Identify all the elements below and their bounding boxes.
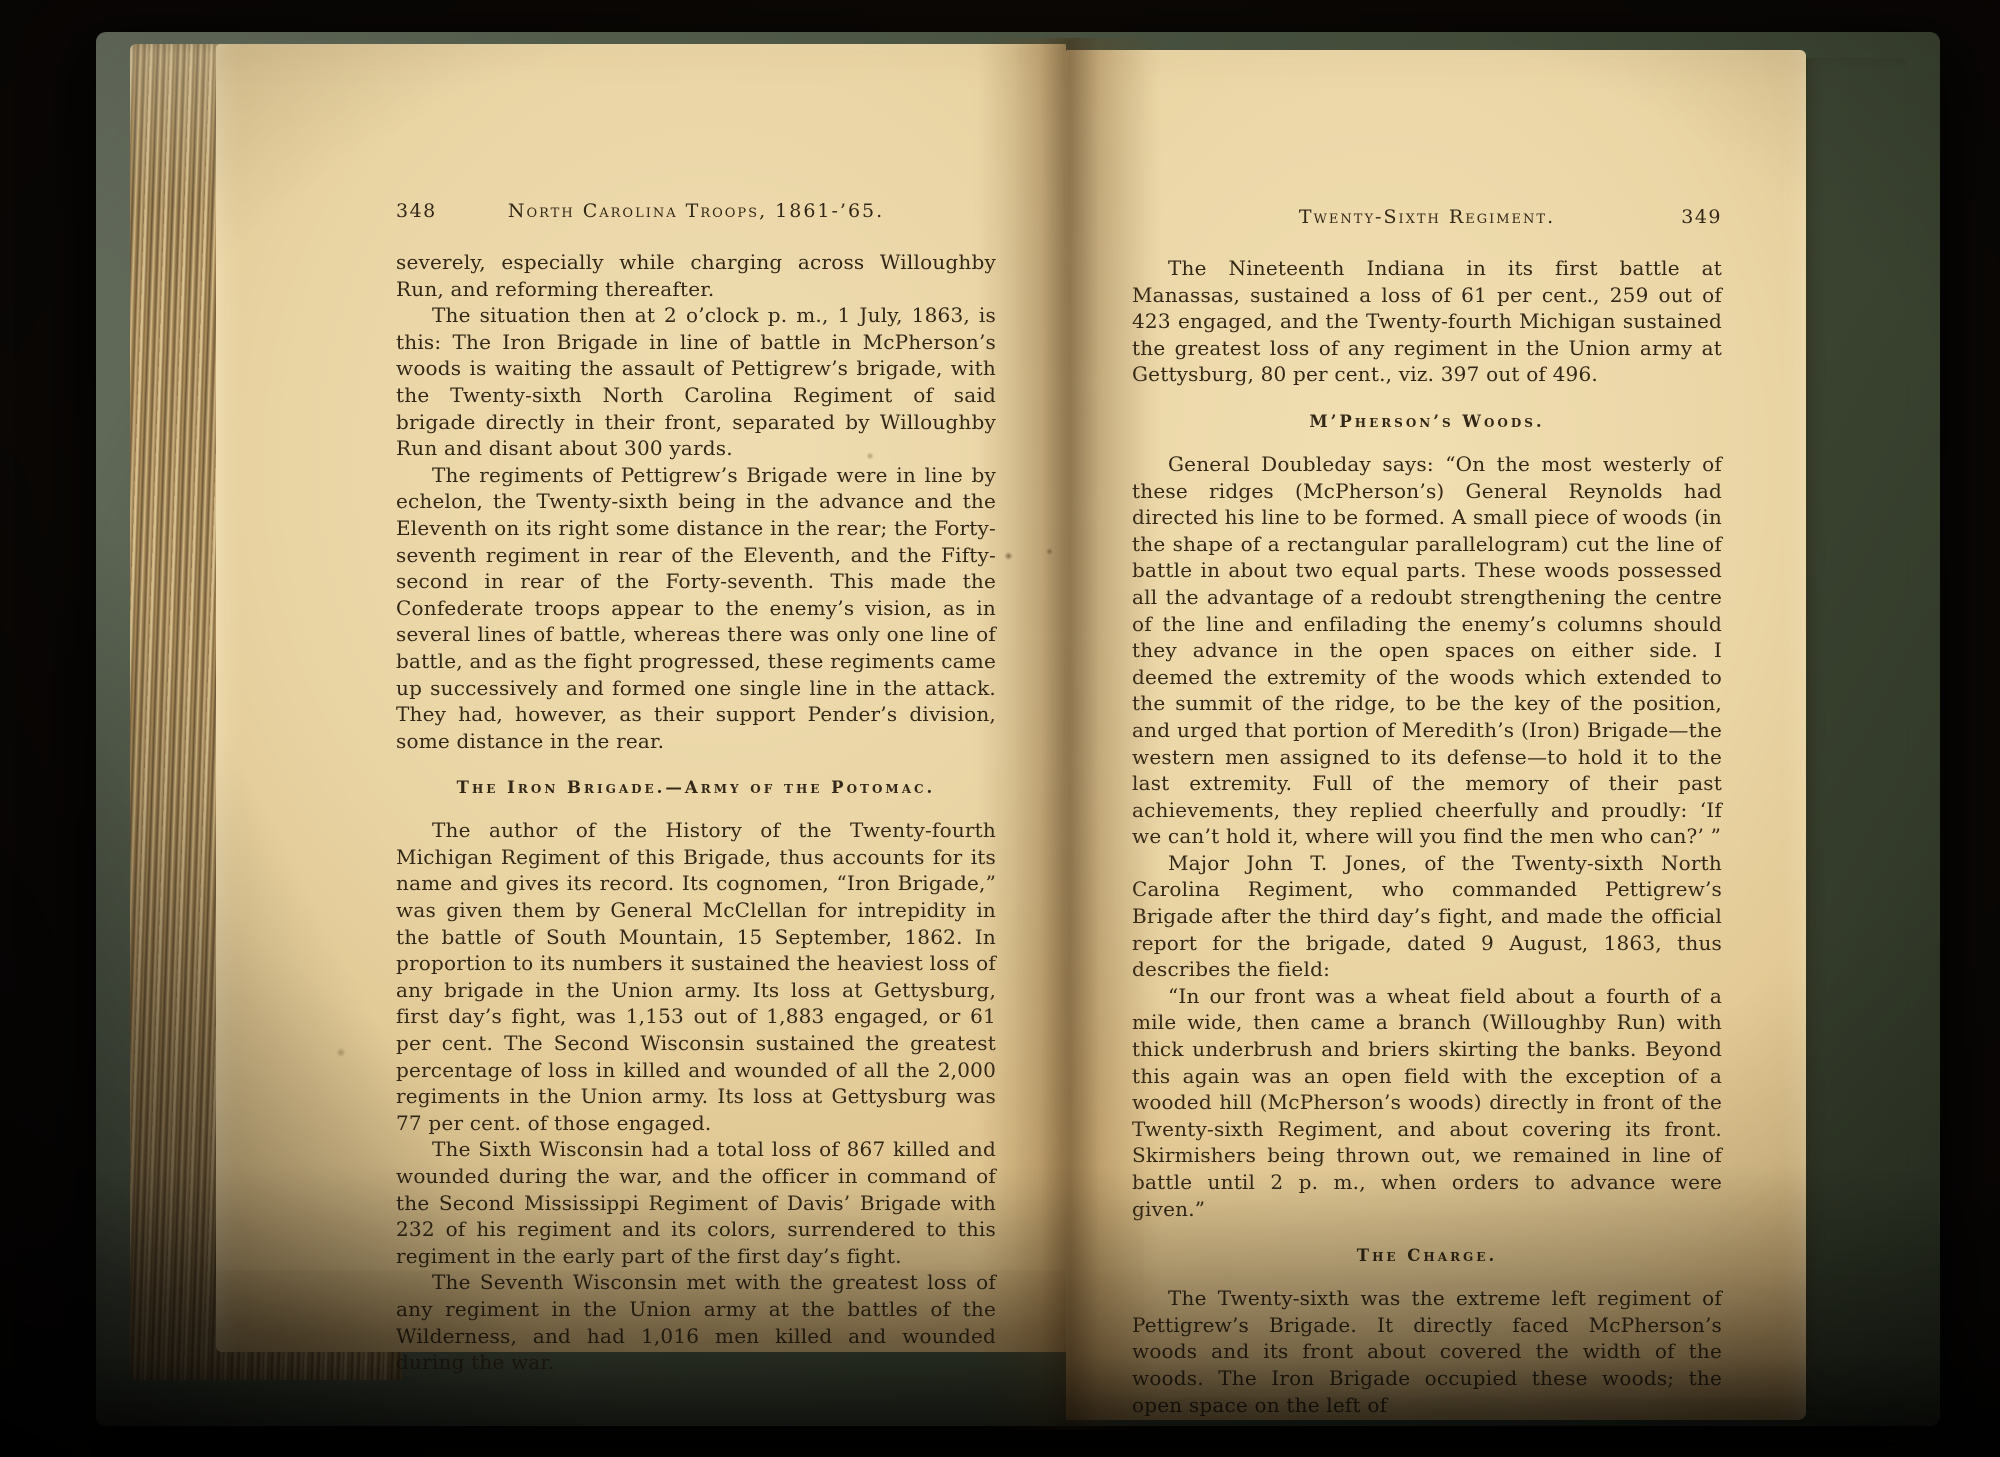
left-page-body: severely, especially while charging acro…	[396, 249, 996, 1376]
section-heading: The Iron Brigade.—Army of the Potomac.	[396, 778, 996, 797]
paragraph: The regiments of Pettigrew’s Brigade wer…	[396, 462, 996, 755]
paragraph: General Doubleday says: “On the most wes…	[1132, 451, 1722, 850]
section-heading: M’Pherson’s Woods.	[1132, 412, 1722, 431]
right-page: Twenty-Sixth Regiment. 349 The Nineteent…	[1066, 50, 1806, 1420]
right-page-number: 349	[1681, 206, 1722, 228]
paragraph: The Twenty-sixth was the extreme left re…	[1132, 1285, 1722, 1418]
right-page-text-column: Twenty-Sixth Regiment. 349 The Nineteent…	[1066, 50, 1806, 1418]
paragraph: severely, especially while charging acro…	[396, 249, 996, 302]
paragraph: The situation then at 2 o’clock p. m., 1…	[396, 302, 996, 462]
right-page-body: The Nineteenth Indiana in its first batt…	[1132, 255, 1722, 1418]
paragraph: Major John T. Jones, of the Twenty-sixth…	[1132, 850, 1722, 983]
right-running-head: Twenty-Sixth Regiment. 349	[1132, 206, 1722, 228]
left-running-head: 348 North Carolina Troops, 1861-’65.	[396, 200, 996, 222]
paragraph: The author of the History of the Twenty-…	[396, 817, 996, 1136]
left-page-text-column: 348 North Carolina Troops, 1861-’65. sev…	[216, 44, 1066, 1376]
book-photo: 348 North Carolina Troops, 1861-’65. sev…	[0, 0, 2000, 1457]
page-edges-right	[1804, 58, 1908, 1410]
paragraph: The Sixth Wisconsin had a total loss of …	[396, 1136, 996, 1269]
paragraph: The Seventh Wisconsin met with the great…	[396, 1269, 996, 1375]
section-heading: The Charge.	[1132, 1246, 1722, 1265]
left-page: 348 North Carolina Troops, 1861-’65. sev…	[216, 44, 1066, 1352]
paragraph: “In our front was a wheat field about a …	[1132, 983, 1722, 1222]
left-page-number: 348	[396, 200, 437, 222]
paragraph: The Nineteenth Indiana in its first batt…	[1132, 255, 1722, 388]
left-running-head-title: North Carolina Troops, 1861-’65.	[508, 200, 884, 222]
right-running-head-title: Twenty-Sixth Regiment.	[1299, 206, 1555, 228]
